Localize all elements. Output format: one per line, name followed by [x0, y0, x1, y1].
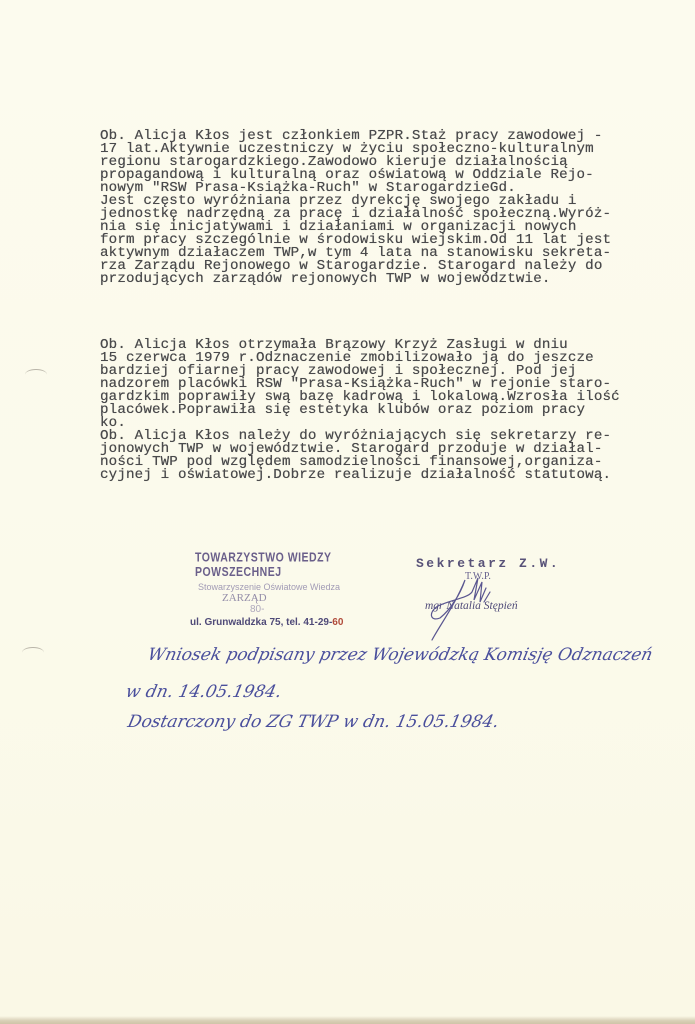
text-line: przodujących zarządów rejonowych TWP w w…: [100, 273, 551, 286]
organization-stamp: TOWARZYSTWO WIEDZY POWSZECHNEJ Stowarzys…: [190, 553, 390, 628]
text-line: cyjnej i oświatowej.Dobrze realizuje dzi…: [100, 469, 611, 482]
handwritten-signature-icon: [420, 570, 520, 645]
stamp-address: ul. Grunwaldzka 75, tel. 41-29-60: [190, 617, 390, 628]
stamp-line: 80-: [250, 604, 390, 615]
handwritten-line: Wniosek podpisany przez Wojewódzką Komis…: [146, 645, 655, 665]
stamp-address-text: ul. Grunwaldzka 75, tel. 41-29-: [190, 617, 332, 628]
text-line: placówek.Poprawiła się estetyka klubów o…: [100, 404, 585, 417]
signature-title: Sekretarz Z.W.: [416, 556, 560, 571]
stamp-line: Stowarzyszenie Oświatowe Wiedza: [198, 582, 390, 592]
stamp-line: TOWARZYSTWO WIEDZY POWSZECHNEJ: [195, 551, 390, 580]
punch-hole-top: [25, 369, 47, 380]
handwritten-line: Dostarczony do ZG TWP w dn. 15.05.1984.: [126, 712, 501, 732]
stamp-line: ZARZĄD: [222, 592, 390, 604]
document-page: Ob. Alicja Kłos jest członkiem PZPR.Staż…: [0, 0, 695, 1024]
punch-hole-bottom: [22, 647, 44, 658]
page-bottom-edge: [0, 1016, 695, 1024]
handwritten-line: w dn. 14.05.1984.: [124, 682, 284, 702]
stamp-address-suffix: 60: [332, 617, 343, 628]
